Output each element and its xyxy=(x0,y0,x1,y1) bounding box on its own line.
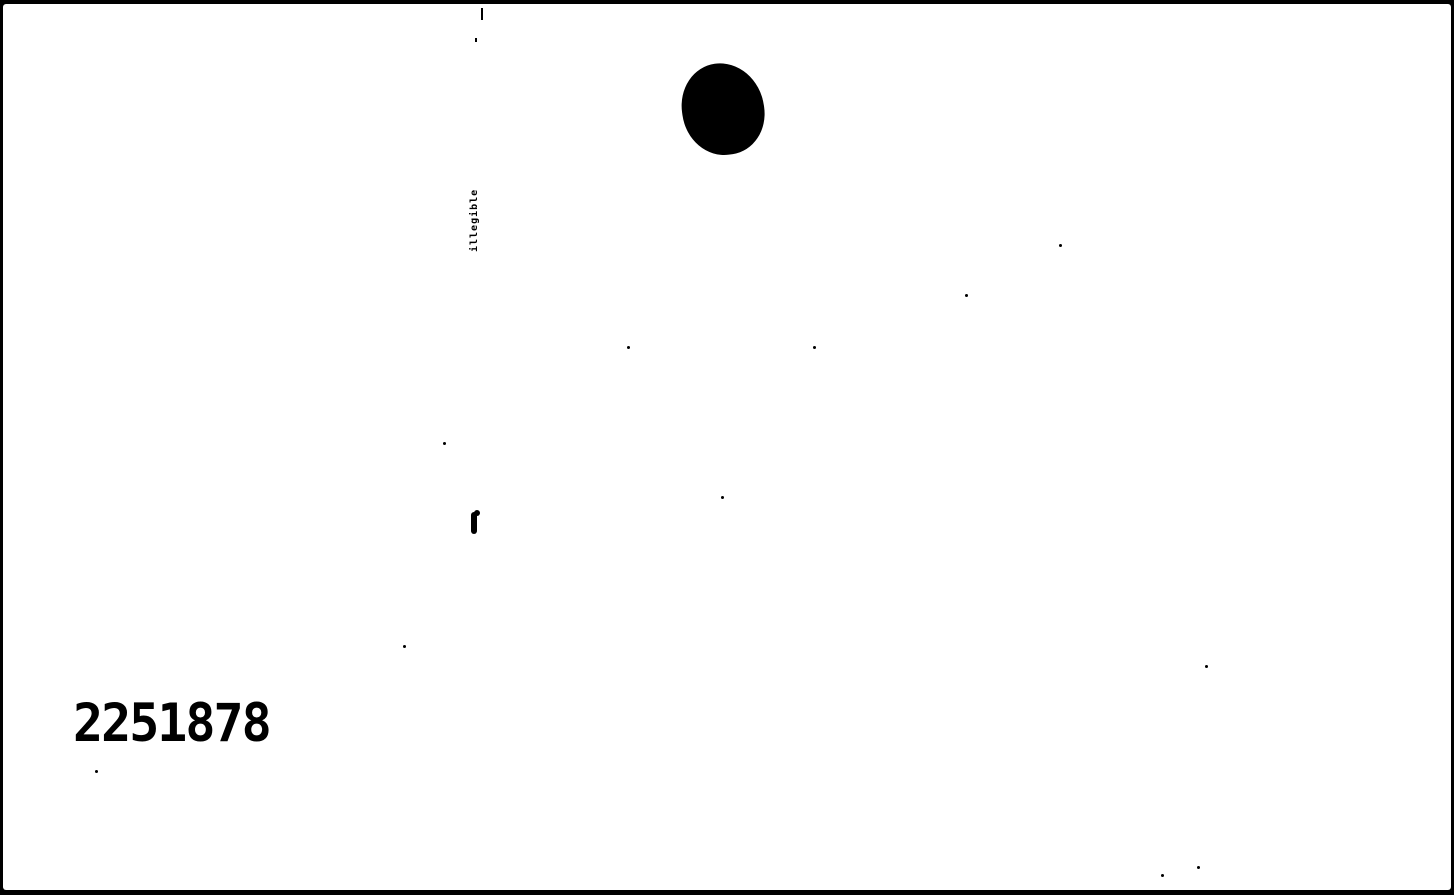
speck xyxy=(627,346,630,349)
edge-mark xyxy=(481,8,483,20)
speck xyxy=(965,294,968,297)
stamped-number: 2251878 xyxy=(73,693,270,754)
speck xyxy=(1059,244,1062,247)
speck xyxy=(1197,866,1200,869)
punch-hole xyxy=(676,58,770,161)
speck xyxy=(403,645,406,648)
index-card: illegible 2251878 xyxy=(3,4,1451,890)
edge-mark xyxy=(475,38,477,42)
vertical-handwriting: illegible xyxy=(469,162,485,252)
speck xyxy=(721,496,724,499)
speck xyxy=(1205,665,1208,668)
speck xyxy=(813,346,816,349)
speck xyxy=(95,770,98,773)
speck xyxy=(443,442,446,445)
speck xyxy=(1161,874,1164,877)
ink-mark xyxy=(469,510,481,540)
